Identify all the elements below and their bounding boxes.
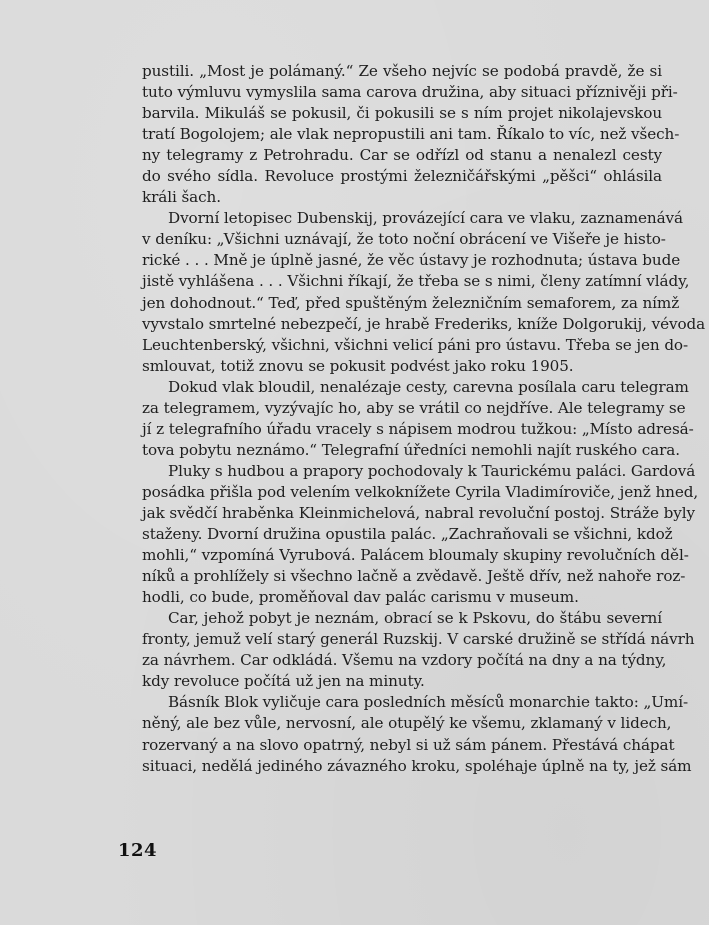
text-line: níků a prohlížely si všechno lačně a zvě… <box>142 566 662 587</box>
text-line: situaci, nedělá jediného závazného kroku… <box>142 756 662 777</box>
text-line: králi šach. <box>142 187 662 208</box>
text-line: smlouvat, totiž znovu se pokusit podvést… <box>142 356 662 377</box>
text-line: tova pobytu neznámo.“ Telegrafní úředníc… <box>142 440 662 461</box>
text-line: Dvorní letopisec Dubenskij, provázející … <box>142 208 662 229</box>
paragraph: Dvorní letopisec Dubenskij, provázející … <box>142 208 662 376</box>
book-page: pustili. „Most je polámaný.“ Ze všeho ne… <box>0 0 709 925</box>
text-line: fronty, jemuž velí starý generál Ruzskij… <box>142 629 662 650</box>
text-line: hodli, co bude, proměňoval dav palác car… <box>142 587 662 608</box>
text-line: za telegramem, vyzývajíc ho, aby se vrát… <box>142 398 662 419</box>
text-line: posádka přišla pod velením velkoknížete … <box>142 482 662 503</box>
paragraph: pustili. „Most je polámaný.“ Ze všeho ne… <box>142 61 662 208</box>
text-line: barvila. Mikuláš se pokusil, či pokusili… <box>142 103 662 124</box>
text-line: staženy. Dvorní družina opustila palác. … <box>142 524 662 545</box>
text-line: jistě vyhlášena . . . Všichni říkají, že… <box>142 271 662 292</box>
text-line: Dokud vlak bloudil, nenalézaje cesty, ca… <box>142 377 662 398</box>
text-line: mohli,“ vzpomíná Vyrubová. Palácem bloum… <box>142 545 662 566</box>
text-line: rozervaný a na slovo opatrný, nebyl si u… <box>142 735 662 756</box>
text-line: něný, ale bez vůle, nervosní, ale otupěl… <box>142 713 662 734</box>
text-line: kdy revoluce počítá už jen na minuty. <box>142 671 662 692</box>
text-line: Leuchtenberský, všichni, všichni velicí … <box>142 335 662 356</box>
text-line: Pluky s hudbou a prapory pochodovaly k T… <box>142 461 662 482</box>
paragraph: Dokud vlak bloudil, nenalézaje cesty, ca… <box>142 377 662 461</box>
text-line: ny telegramy z Petrohradu. Car se odřízl… <box>142 145 662 166</box>
text-line: vyvstalo smrtelné nebezpečí, je hrabě Fr… <box>142 314 662 335</box>
text-line: rické . . . Mně je úplně jasné, že věc ú… <box>142 250 662 271</box>
text-line: Car, jehož pobyt je neznám, obrací se k … <box>142 608 662 629</box>
body-text: pustili. „Most je polámaný.“ Ze všeho ne… <box>142 61 662 777</box>
paragraph: Básník Blok vyličuje cara posledních měs… <box>142 692 662 776</box>
text-line: do svého sídla. Revoluce prostými železn… <box>142 166 662 187</box>
text-line: v deníku: „Všichni uznávají, že toto noč… <box>142 229 662 250</box>
text-line: jen dohodnout.“ Teď, před spuštěným žele… <box>142 293 662 314</box>
text-line: Básník Blok vyličuje cara posledních měs… <box>142 692 662 713</box>
page-number: 124 <box>118 840 157 861</box>
paragraph: Car, jehož pobyt je neznám, obrací se k … <box>142 608 662 692</box>
text-line: za návrhem. Car odkládá. Všemu na vzdory… <box>142 650 662 671</box>
text-line: jí z telegrafního úřadu vracely s nápise… <box>142 419 662 440</box>
text-line: tratí Bogolojem; ale vlak nepropustili a… <box>142 124 662 145</box>
paragraph: Pluky s hudbou a prapory pochodovaly k T… <box>142 461 662 608</box>
text-line: tuto výmluvu vymyslila sama carova druži… <box>142 82 662 103</box>
text-line: jak svědčí hraběnka Kleinmichelová, nabr… <box>142 503 662 524</box>
text-line: pustili. „Most je polámaný.“ Ze všeho ne… <box>142 61 662 82</box>
